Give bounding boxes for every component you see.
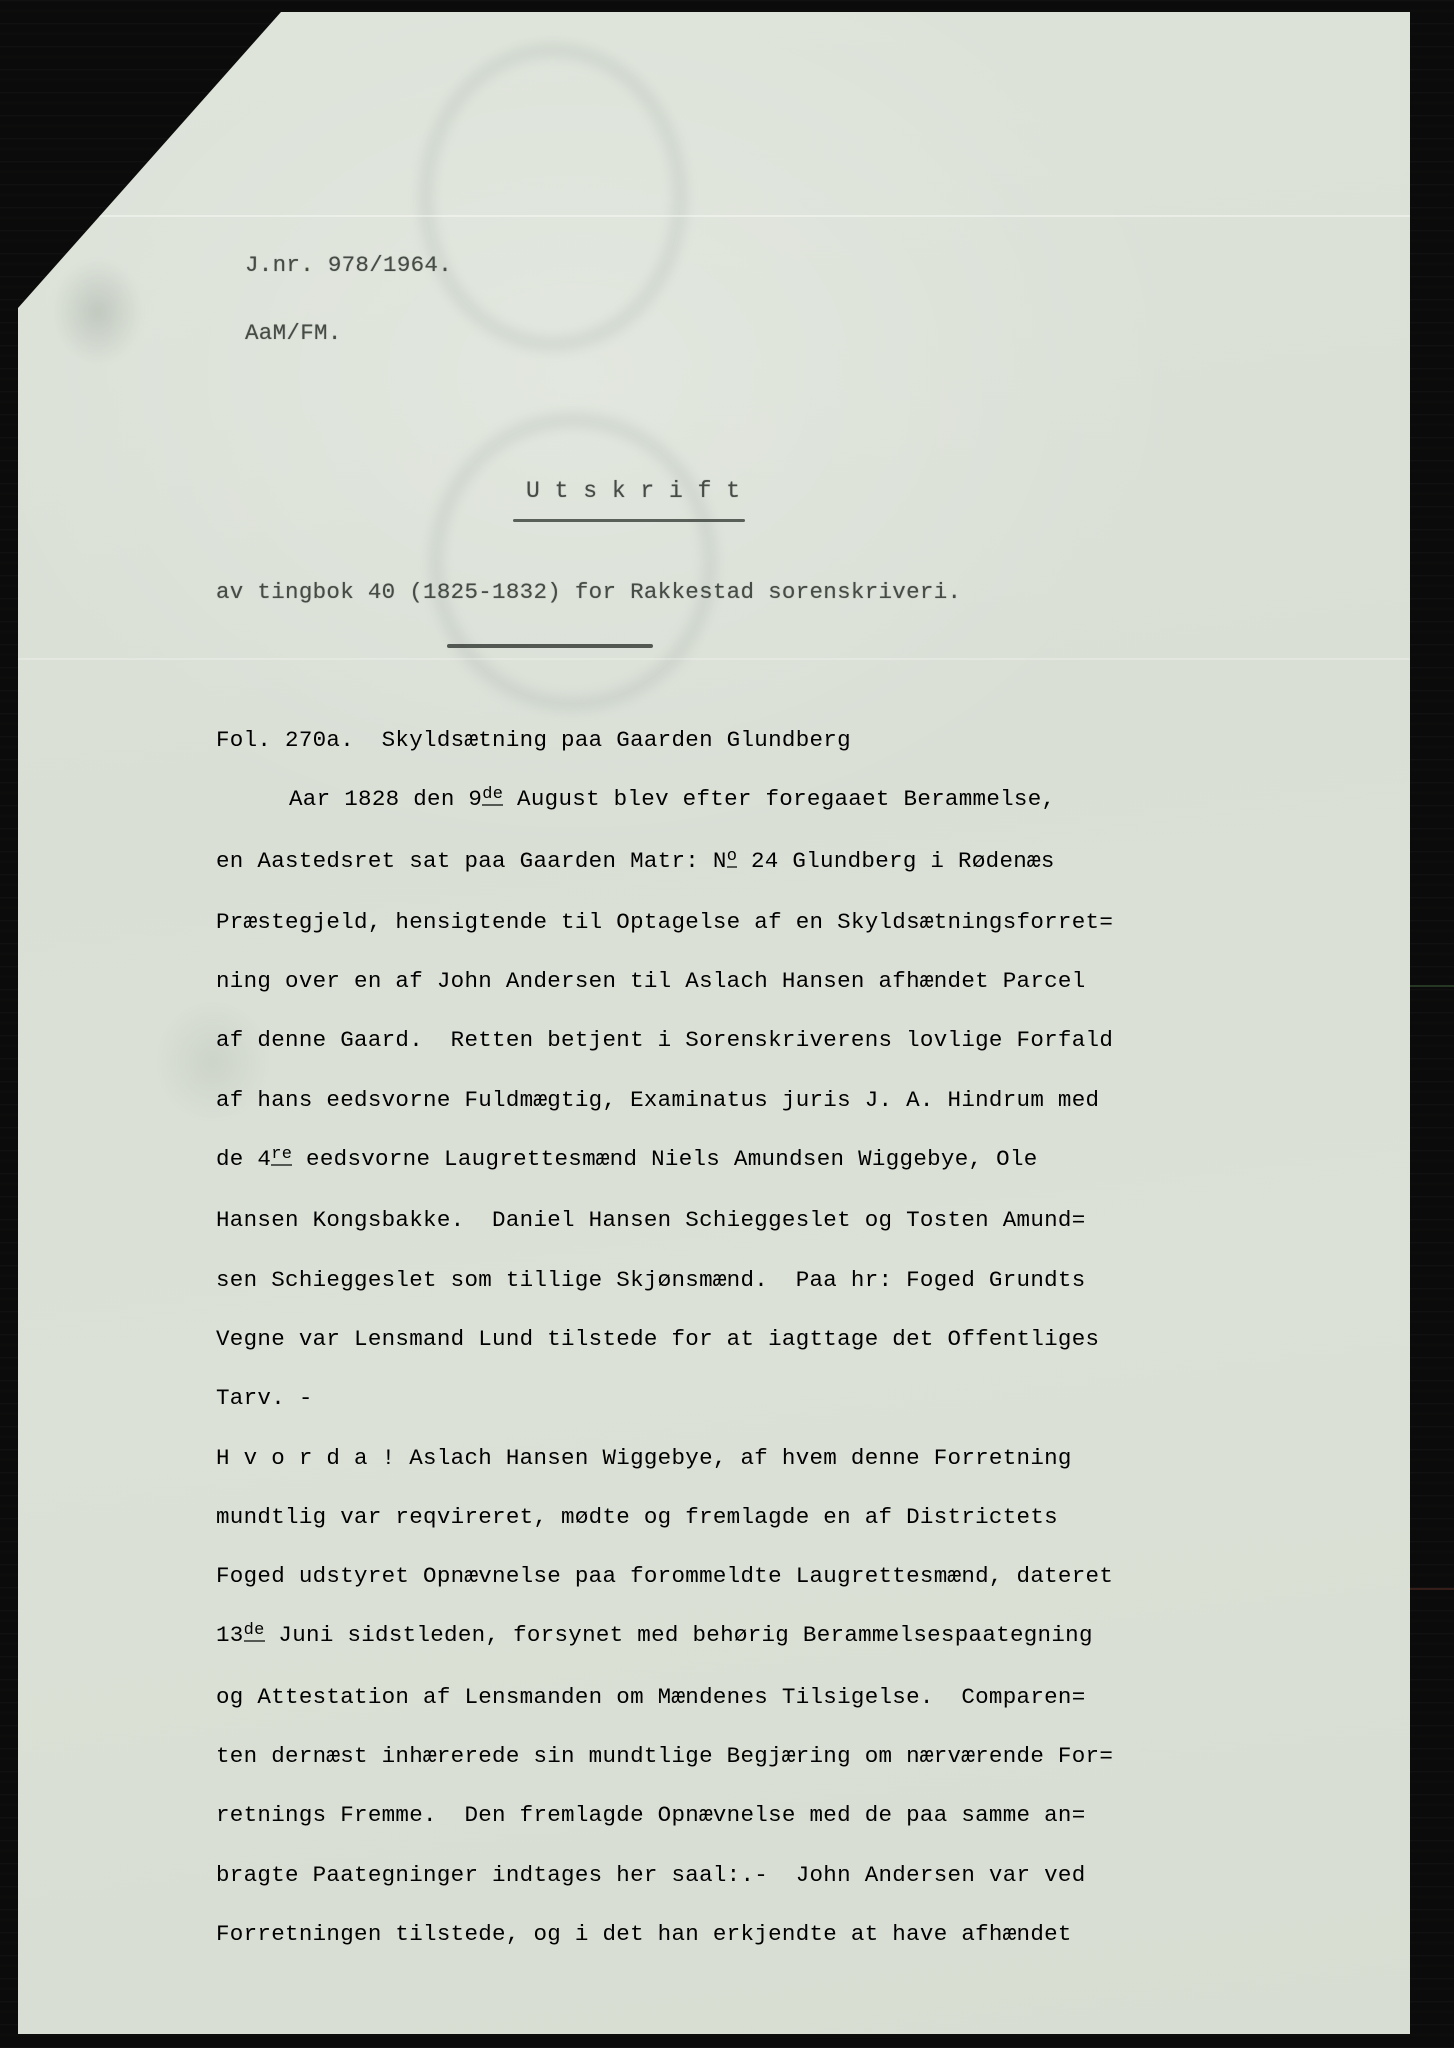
document-page: J.nr. 978/1964. AaM/FM. U t s k r i f t …	[18, 12, 1410, 2034]
document-line: bragte Paategninger indtages her saal:.-…	[216, 1846, 1216, 1905]
document-line: Foged udstyret Opnævnelse paa forommeldt…	[216, 1547, 1216, 1606]
scan-noise	[1410, 1588, 1454, 1590]
typist-initials: AaM/FM.	[245, 320, 342, 346]
document-line: de 4re eedsvorne Laugrettesmænd Niels Am…	[216, 1130, 1216, 1191]
scan-artifact-line	[18, 658, 1410, 660]
document-line: Forretningen tilstede, og i det han erkj…	[216, 1905, 1216, 1964]
title-underline	[513, 519, 745, 522]
scan-noise	[1410, 985, 1454, 987]
scanned-document-canvas: J.nr. 978/1964. AaM/FM. U t s k r i f t …	[0, 0, 1454, 2048]
stamp-bleed-ghost	[428, 412, 718, 712]
document-line: ten dernæst inhærerede sin mundtlige Beg…	[216, 1727, 1216, 1786]
document-line: Aar 1828 den 9de August blev efter foreg…	[216, 770, 1216, 831]
document-line: af hans eedsvorne Fuldmægtig, Examinatus…	[216, 1071, 1216, 1130]
document-line: Hansen Kongsbakke. Daniel Hansen Schiegg…	[216, 1191, 1216, 1250]
stamp-bleed-ghost	[418, 42, 688, 352]
document-line: 13de Juni sidstleden, forsynet med behør…	[216, 1606, 1216, 1667]
document-line: H v o r d a ! Aslach Hansen Wiggebye, af…	[216, 1429, 1216, 1488]
document-line: retnings Fremme. Den fremlagde Opnævnels…	[216, 1786, 1216, 1845]
document-line: mundtlig var reqvireret, mødte og fremla…	[216, 1488, 1216, 1547]
scan-artifact-line	[18, 215, 1410, 217]
document-line: af denne Gaard. Retten betjent i Sorensk…	[216, 1011, 1216, 1070]
document-line: sen Schieggeslet som tillige Skjønsmænd.…	[216, 1251, 1216, 1310]
document-line: Præstegjeld, hensigtende til Optagelse a…	[216, 893, 1216, 952]
document-body: Fol. 270a. Skyldsætning paa Gaarden Glun…	[216, 711, 1216, 1964]
document-line: ning over en af John Andersen til Aslach…	[216, 952, 1216, 1011]
document-line: Fol. 270a. Skyldsætning paa Gaarden Glun…	[216, 711, 1216, 770]
ink-smudge	[38, 242, 158, 382]
document-line: og Attestation af Lensmanden om Mændenes…	[216, 1668, 1216, 1727]
document-subtitle: av tingbok 40 (1825-1832) for Rakkestad …	[216, 579, 961, 605]
document-line: en Aastedsret sat paa Gaarden Matr: No 2…	[216, 832, 1216, 893]
document-title: U t s k r i f t	[526, 478, 741, 504]
document-line: Tarv. -	[216, 1369, 1216, 1428]
document-line: Vegne var Lensmand Lund tilstede for at …	[216, 1310, 1216, 1369]
separator-rule	[447, 644, 653, 648]
journal-number: J.nr. 978/1964.	[245, 252, 452, 278]
